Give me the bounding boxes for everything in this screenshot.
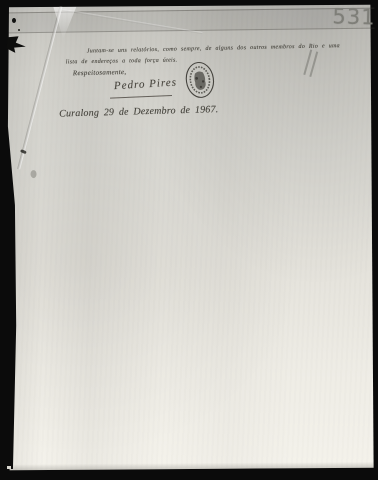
paper-smudge — [31, 170, 37, 178]
ink-speck-mark — [18, 29, 20, 31]
letter-line-1: Juntam-se uns relatórios, como sempre, d… — [87, 43, 340, 54]
letter-paper: 531 Juntam-se uns relatórios, como sempr… — [6, 5, 373, 471]
pencil-page-number: 531 — [332, 4, 376, 29]
oval-library-stamp-icon — [180, 58, 219, 103]
letter-line-2: lista de endereços a toda força úteis. — [66, 57, 178, 65]
letter-closing: Respeitosamente, — [73, 68, 127, 77]
ink-dot-mark — [12, 18, 16, 23]
photograph-frame: 531 Juntam-se uns relatórios, como sempr… — [0, 0, 378, 480]
pencil-slash-mark — [309, 51, 317, 76]
letter-dateline: Curalong 29 de Dezembro de 1967. — [59, 104, 219, 119]
border-nick — [7, 466, 11, 469]
signature-underline — [110, 95, 172, 99]
letter-signature: Pedro Pires — [114, 76, 178, 92]
paper-bottom-shadow — [10, 462, 374, 471]
